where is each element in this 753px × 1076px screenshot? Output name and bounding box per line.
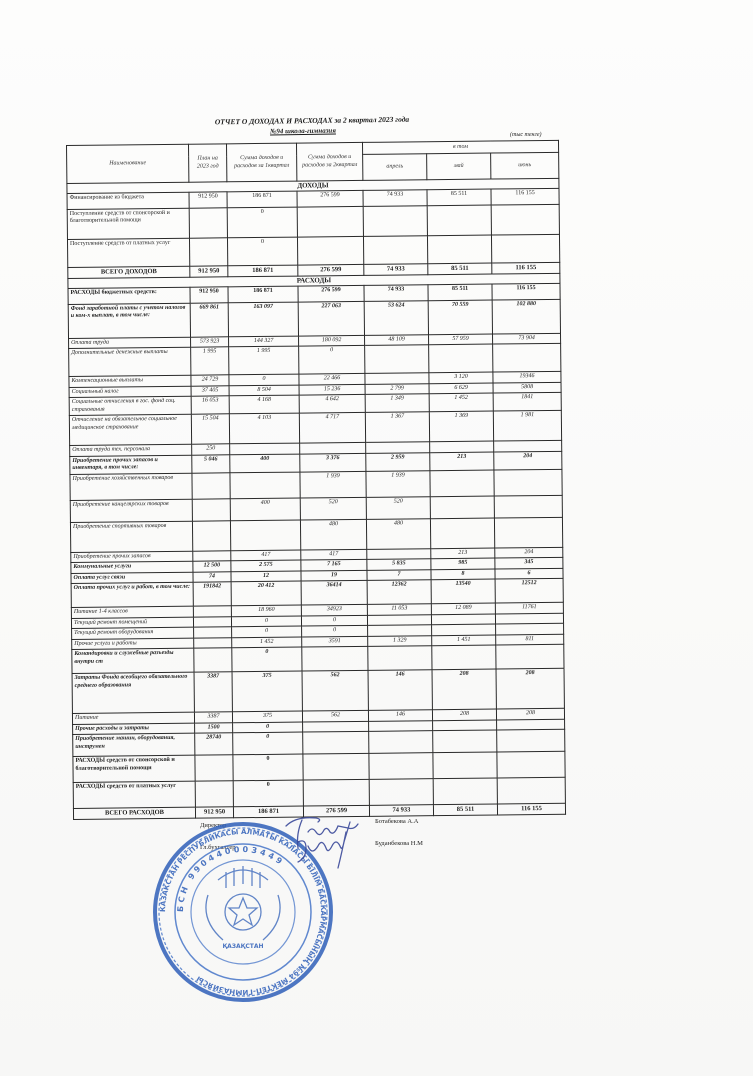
cell-jun: 11761: [495, 602, 563, 613]
cell-jun: [497, 719, 565, 730]
cell-apr: 74 933: [364, 263, 428, 275]
cell-apr: [365, 345, 429, 374]
cell-apr: 53 624: [364, 300, 428, 335]
cell-q1: 417: [231, 550, 301, 561]
cell-jun: [494, 517, 562, 548]
cell-q1: 0: [233, 732, 303, 755]
cell-may: 1 451: [432, 635, 496, 646]
cell-apr: 7: [367, 569, 431, 580]
cell-q2: 3 376: [300, 453, 366, 472]
cell-q1: 186 871: [228, 265, 298, 277]
cell-plan: 1500: [195, 722, 233, 733]
cell-jun: 208: [496, 708, 564, 719]
row-label: Поступление средств от спонсорской и бла…: [67, 208, 189, 239]
cell-may: 6 629: [429, 383, 493, 394]
document-page: ОТЧЕТ О ДОХОДАХ И РАСХОДАХ за 2 квартал …: [0, 0, 753, 1076]
cell-jun: [497, 777, 565, 804]
cell-may: 1 369: [429, 411, 493, 442]
row-label: Приобретение канцелярских товаров: [70, 499, 192, 522]
cell-apr: [369, 720, 433, 731]
cell-plan: [192, 520, 230, 550]
cell-jun: [496, 644, 564, 669]
cell-jun: [497, 729, 565, 752]
cell-q2: 417: [301, 549, 367, 560]
cell-apr: 5 835: [367, 559, 431, 570]
cell-q1: 0: [231, 616, 301, 627]
cell-q1: 20 412: [231, 581, 301, 606]
report-table: Наименование План на 2023 год Сумма дохо…: [66, 140, 566, 820]
cell-jun: 116 155: [491, 188, 559, 205]
cell-apr: 74 933: [364, 284, 428, 301]
cell-q1: 375: [232, 711, 302, 722]
cell-q2: 0: [299, 346, 365, 375]
cell-q2: 480: [300, 519, 366, 550]
row-label: РАСХОДЫ средств от спонсорской и благотв…: [73, 755, 195, 782]
cell-apr: [365, 373, 429, 384]
cell-jun: 19346: [493, 371, 561, 382]
cell-q1: [230, 472, 300, 499]
cell-q1: 12: [231, 571, 301, 582]
cell-q1: 186 871: [227, 191, 297, 208]
row-label: ВСЕГО РАСХОДОВ: [73, 807, 195, 819]
cell-apr: 74 933: [369, 805, 433, 817]
cell-q2: 0: [302, 625, 368, 636]
cell-may: 85 511: [428, 284, 492, 301]
cell-q1: 0: [232, 647, 302, 672]
cell-q2: 180 092: [299, 335, 365, 346]
cell-q2: 4 642: [299, 395, 365, 414]
cell-q2: 34923: [301, 604, 367, 615]
row-label: РАСХОДЫ средств от платных услуг: [73, 781, 195, 808]
cell-q2: [303, 753, 369, 780]
cell-plan: [193, 550, 231, 561]
cell-plan: 912 950: [189, 192, 227, 208]
cell-may: 985: [431, 558, 495, 569]
row-label: Приобретение спортивных товаров: [70, 521, 192, 552]
cell-q2: 0: [301, 615, 367, 626]
cell-q2: 36414: [301, 580, 367, 605]
cell-q1: 18 960: [231, 605, 301, 616]
cell-q2: 4 717: [299, 413, 365, 444]
cell-plan: [193, 616, 231, 627]
cell-q1: 375: [232, 671, 302, 712]
cell-q2: [297, 236, 363, 265]
cell-apr: 2 959: [366, 452, 430, 471]
cell-plan: 5 046: [192, 454, 230, 472]
row-label: Фонд заработной платы с учетом налогов и…: [68, 303, 190, 338]
row-label: Финансирование из бюджета: [67, 192, 189, 209]
cell-plan: 74: [193, 571, 231, 582]
cell-q1: 0: [233, 754, 303, 781]
cell-q1: 4 168: [229, 395, 299, 414]
cell-may: [427, 235, 491, 264]
cell-jun: 116 155: [492, 283, 560, 300]
cell-plan: 28740: [195, 733, 233, 755]
cell-plan: [193, 606, 231, 617]
cell-plan: [189, 208, 227, 238]
cell-may: 213: [430, 452, 494, 471]
cell-plan: 37 405: [191, 385, 229, 396]
cell-q1: 0: [227, 237, 297, 266]
col-header-may: май: [427, 153, 491, 180]
cell-plan: 3387: [194, 712, 232, 723]
cell-plan: 912 950: [195, 807, 233, 819]
cell-jun: 5808: [493, 382, 561, 393]
cell-apr: 1 349: [365, 394, 429, 413]
cell-plan: [195, 755, 233, 781]
cell-plan: [194, 627, 232, 638]
row-label: Социальные отчисления в гос. фонд соц. с…: [69, 396, 191, 415]
table-row: Затраты Фонда всеобщего обязательного ср…: [72, 668, 564, 713]
cell-jun: [491, 234, 559, 263]
cell-may: [432, 645, 496, 670]
cell-jun: [497, 751, 565, 778]
cell-jun: 116 155: [492, 262, 560, 274]
cell-jun: [491, 204, 559, 235]
handwritten-signature-icon: [268, 812, 378, 872]
cell-plan: 3387: [194, 672, 232, 712]
cell-may: 70 559: [428, 300, 492, 335]
cell-plan: [194, 648, 232, 672]
cell-apr: [368, 625, 432, 636]
cell-plan: 12 500: [193, 561, 231, 572]
row-label: Поступление средств от платных услуг: [67, 238, 189, 267]
table-row: Фонд заработной платы с учетом налогов и…: [68, 299, 560, 338]
cell-q1: 400: [230, 498, 300, 521]
cell-jun: [493, 343, 561, 372]
cell-jun: 345: [495, 557, 563, 568]
cell-may: 13540: [431, 579, 495, 604]
cell-jun: 204: [494, 451, 562, 470]
cell-jun: [495, 613, 563, 624]
cell-may: [430, 441, 494, 452]
cell-jun: 12512: [495, 578, 563, 603]
cell-may: 8: [431, 569, 495, 580]
row-label: Отчисление на обязательное социальное ме…: [69, 414, 191, 445]
cell-q1: [230, 443, 300, 454]
stamp-center-text: ҚАЗАҚСТАН: [222, 943, 263, 950]
cell-q1: [230, 520, 300, 551]
cell-may: [433, 752, 497, 779]
row-label: Дополнительные денежные выплаты: [69, 347, 191, 376]
cell-jun: 6: [495, 568, 563, 579]
cell-q2: [303, 731, 369, 754]
director-name: Ботабекова А.А: [375, 818, 418, 825]
report-table-container: Наименование План на 2023 год Сумма дохо…: [66, 140, 565, 820]
cell-jun: 116 155: [497, 803, 565, 815]
cell-q1: 8 504: [229, 385, 299, 396]
cell-q1: 186 871: [228, 286, 298, 303]
cell-jun: 1841: [493, 392, 561, 411]
cell-plan: 669 861: [190, 302, 228, 336]
cell-plan: [194, 637, 232, 648]
cell-may: 213: [431, 548, 495, 559]
cell-jun: 1 981: [493, 410, 561, 441]
cell-apr: 520: [366, 496, 430, 519]
cell-jun: 73 904: [492, 333, 560, 344]
cell-jun: [494, 440, 562, 451]
cell-q2: 1 939: [300, 471, 366, 498]
cell-q1: 144 327: [229, 336, 299, 347]
cell-q1: 163 097: [228, 302, 298, 337]
cell-q1: 0: [233, 780, 303, 807]
cell-q1: 400: [230, 454, 300, 473]
cell-apr: 2 799: [365, 383, 429, 394]
cell-plan: [195, 781, 233, 807]
cell-q2: [297, 206, 363, 237]
cell-q2: [302, 646, 368, 671]
cell-plan: [192, 498, 230, 520]
cell-may: [427, 205, 491, 236]
cell-may: [433, 730, 497, 753]
cell-q2: 15 236: [299, 384, 365, 395]
cell-may: [430, 470, 494, 497]
cell-q1: 1 995: [229, 346, 299, 375]
cell-apr: [369, 731, 433, 754]
cell-plan: 912 950: [190, 266, 228, 278]
cell-may: [433, 778, 497, 805]
cell-apr: 1 367: [365, 412, 429, 443]
cell-plan: 16 053: [191, 396, 229, 414]
col-header-name: Наименование: [67, 144, 189, 183]
cell-may: 208: [432, 709, 496, 720]
cell-apr: [367, 548, 431, 559]
report-title: ОТЧЕТ О ДОХОДАХ И РАСХОДАХ за 2 квартал …: [212, 115, 412, 127]
cell-apr: 11 053: [367, 604, 431, 615]
cell-apr: [363, 205, 427, 236]
cell-may: 85 511: [433, 804, 497, 816]
cell-may: 3 120: [429, 372, 493, 383]
cell-may: [430, 496, 494, 519]
row-label: Оплата прочих услуг и работ, в том числе…: [71, 582, 193, 607]
cell-may: [431, 614, 495, 625]
cell-q2: 19: [301, 570, 367, 581]
cell-apr: [367, 614, 431, 625]
cell-apr: 146: [368, 710, 432, 721]
col-header-q2: Сумма доходов и расходов за 2квартал: [296, 142, 362, 181]
cell-apr: [369, 753, 433, 780]
cell-apr: 74 933: [363, 189, 427, 206]
cell-jun: [494, 495, 562, 518]
cell-q1: 4 103: [229, 413, 299, 444]
cell-may: 85 511: [427, 189, 491, 206]
row-label: Приобретение прочих запасов и инвентаря,…: [70, 455, 192, 474]
cell-apr: [366, 442, 430, 453]
cell-q1: 0: [232, 626, 302, 637]
cell-apr: [369, 779, 433, 806]
col-header-q1: Сумма доходов и расходов за 1квартал: [226, 143, 296, 182]
cell-q1: 0: [233, 722, 303, 733]
cell-apr: 48 109: [365, 334, 429, 345]
cell-may: [433, 720, 497, 731]
col-header-april: апрель: [363, 154, 427, 181]
cell-may: 57 959: [429, 334, 493, 345]
cell-q2: 520: [300, 497, 366, 520]
cell-jun: 208: [496, 668, 564, 709]
cell-q2: 3591: [302, 636, 368, 647]
cell-apr: 1 939: [366, 470, 430, 497]
school-name: №94 школа-гимназия: [270, 127, 336, 136]
cell-may: [432, 624, 496, 635]
cell-apr: 1 329: [368, 635, 432, 646]
cell-plan: 191842: [193, 582, 231, 606]
row-label: Командировки и служебные разъезды внутри…: [72, 648, 194, 673]
cell-apr: 146: [368, 670, 432, 711]
cell-q1: 1 452: [232, 637, 302, 648]
cell-q2: [300, 443, 366, 454]
cell-apr: 12362: [367, 580, 431, 605]
cell-jun: [496, 623, 564, 634]
cell-q2: 276 599: [298, 285, 364, 302]
cell-jun: 811: [496, 634, 564, 645]
cell-may: [429, 344, 493, 373]
cell-q2: 562: [302, 710, 368, 721]
row-label: Приобретение машин, оборудования, инстру…: [73, 733, 195, 756]
accountant-name: Буданбекова Н.М: [375, 840, 423, 847]
col-header-plan: План на 2023 год: [188, 144, 226, 182]
cell-q2: 562: [302, 670, 368, 711]
cell-plan: 250: [192, 444, 230, 455]
cell-q2: 227 063: [298, 301, 364, 336]
cell-may: 208: [432, 669, 496, 710]
cell-q2: 276 599: [297, 190, 363, 207]
cell-q1: 2 575: [231, 560, 301, 571]
cell-jun: 204: [495, 547, 563, 558]
cell-may: 1 452: [429, 393, 493, 412]
cell-q1: 0: [229, 374, 299, 385]
cell-jun: [494, 469, 562, 496]
col-header-june: июнь: [491, 152, 559, 179]
units-label: (тыс тенге): [510, 132, 542, 138]
cell-plan: 1 995: [191, 347, 229, 375]
cell-q2: 7 165: [301, 559, 367, 570]
cell-plan: 573 923: [191, 336, 229, 347]
cell-plan: [192, 472, 230, 498]
cell-q2: 22 466: [299, 374, 365, 385]
cell-q2: 276 599: [298, 264, 364, 276]
cell-plan: 912 950: [190, 286, 228, 302]
cell-plan: 24 729: [191, 375, 229, 386]
cell-plan: 15 504: [191, 414, 229, 444]
cell-may: 85 511: [428, 263, 492, 275]
cell-plan: [189, 238, 227, 266]
cell-apr: [363, 235, 427, 264]
cell-jun: 102 880: [492, 299, 560, 334]
row-label: Приобретение хозяйственных товаров: [70, 473, 192, 500]
cell-q1: 0: [227, 207, 297, 238]
cell-may: 12 089: [431, 603, 495, 614]
row-label: РАСХОДЫ бюджетных средств:: [68, 287, 190, 304]
cell-q2: [303, 721, 369, 732]
cell-q2: [303, 779, 369, 806]
cell-may: [430, 518, 494, 549]
row-label: Затраты Фонда всеобщего обязательного ср…: [72, 672, 194, 713]
cell-apr: 480: [366, 518, 430, 549]
cell-apr: [368, 646, 432, 671]
